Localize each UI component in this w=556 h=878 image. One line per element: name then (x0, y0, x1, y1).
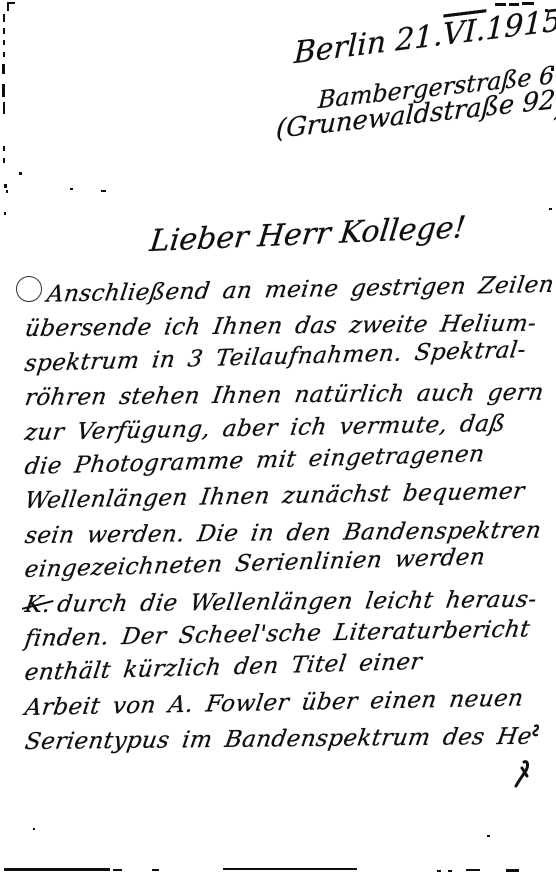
scan-artifact (19, 172, 22, 175)
letter-page: Berlin 21.VI.1915 Bambergerstraße 6. (Gr… (0, 0, 556, 878)
body-line-1: Anschließend an meine gestrigen Zeilen (22, 272, 556, 317)
bottom-scan-line (113, 869, 122, 871)
scan-artifact (3, 40, 5, 45)
body-line-10-text: durch die Wellenlängen leicht heraus- (56, 586, 539, 617)
scan-artifact (549, 208, 552, 210)
scan-artifact (3, 102, 5, 114)
scan-artifact (3, 14, 5, 22)
scan-artifact (2, 64, 5, 74)
bottom-scan-line (506, 869, 519, 872)
struck-letter: K. (23, 591, 52, 617)
scan-artifact (101, 190, 106, 192)
scan-artifact (3, 158, 5, 163)
date-month-roman: VI. (442, 12, 486, 53)
bottom-scan-line (437, 870, 441, 872)
bottom-scan-line (448, 870, 452, 872)
date-year: 1915 (485, 3, 556, 48)
scan-artifact (4, 184, 7, 188)
ink-flourish (508, 716, 548, 796)
scan-artifact (3, 146, 5, 151)
bottom-scan-line (152, 869, 159, 871)
date-line: Berlin 21.VI.1915 (293, 3, 556, 71)
scan-artifact (2, 84, 5, 97)
scan-artifact (4, 212, 6, 215)
scan-artifact (487, 835, 490, 837)
body-line-14: Serientypus im Bandenspektrum des He (22, 724, 556, 764)
date-city: Berlin (293, 25, 386, 72)
scan-artifact (7, 2, 9, 11)
bottom-scan-line (4, 868, 110, 871)
bottom-scan-line (223, 868, 357, 870)
scan-artifact (522, 2, 534, 5)
scan-artifact (70, 188, 73, 190)
bottom-scan-line (466, 869, 480, 871)
letter-body: Anschließend an meine gestrigen Zeilen ü… (22, 282, 550, 763)
date-day: 21. (395, 18, 444, 59)
scan-artifact (495, 3, 506, 6)
salutation: Lieber Herr Kollege! (148, 210, 468, 259)
scan-artifact (3, 52, 5, 57)
scan-artifact (509, 3, 519, 6)
scan-artifact (3, 28, 5, 34)
scan-artifact (33, 828, 35, 830)
scan-artifact (6, 190, 8, 193)
